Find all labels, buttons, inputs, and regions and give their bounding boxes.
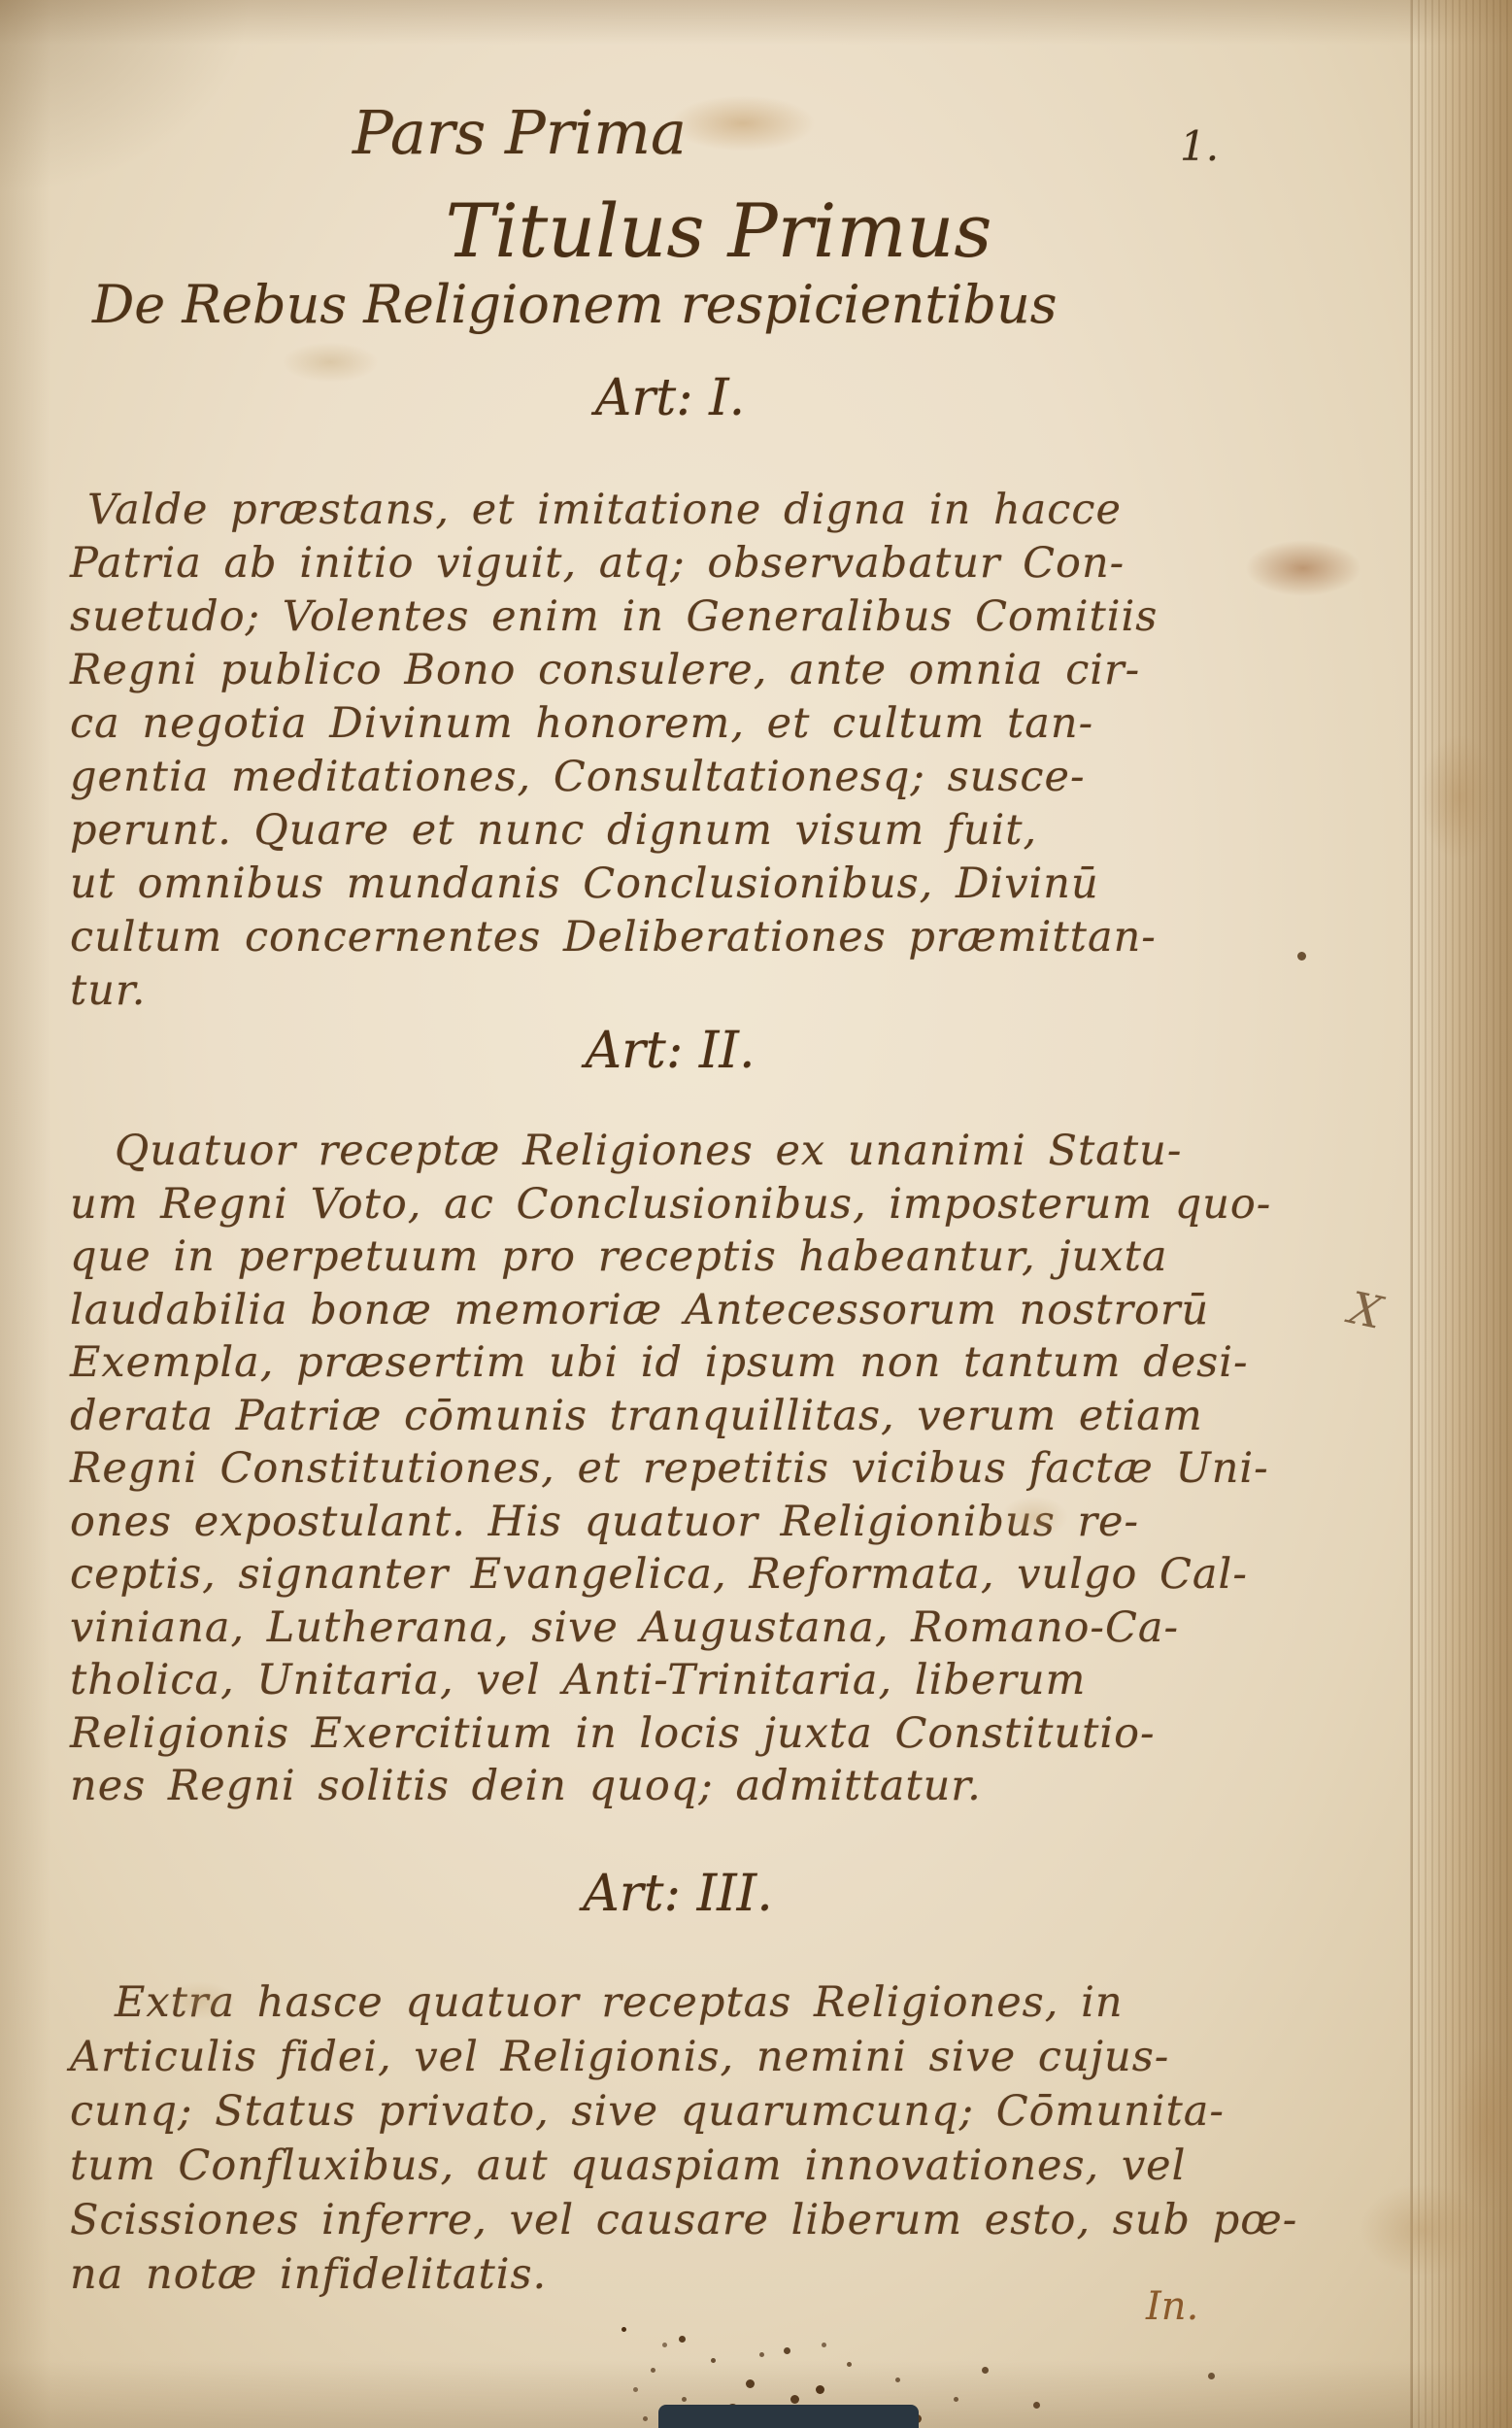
manuscript-line: tum Confluxibus, aut quaspiam innovation… (70, 2139, 1420, 2193)
manuscript-line: ca negotia Divinum honorem, et cultum ta… (70, 697, 1420, 751)
book-fore-edge (1411, 0, 1512, 2428)
manuscript-line: suetudo; Volentes enim in Generalibus Co… (70, 590, 1420, 644)
manuscript-line: ut omnibus mundanis Conclusionibus, Divi… (70, 858, 1420, 911)
page-edge-left (0, 0, 50, 2428)
manuscript-line: ceptis, signanter Evangelica, Reformata,… (70, 1548, 1420, 1602)
article-3-heading: Art: III. (464, 1865, 891, 1923)
titulus-heading: Titulus Primus (408, 187, 1029, 274)
manuscript-line: Regni Constitutiones, et repetitis vicib… (70, 1442, 1420, 1496)
manuscript-line: Quatuor receptæ Religiones ex unanimi St… (70, 1125, 1420, 1178)
catchword: In. (1146, 2284, 1198, 2329)
manuscript-line: Regni publico Bono consulere, ante omnia… (70, 644, 1420, 697)
article-1-heading: Art: I. (456, 369, 884, 427)
manuscript-line: na notæ infidelitatis. (70, 2247, 1420, 2302)
article-1-body: Valde præstans, et imitatione digna in h… (70, 484, 1420, 1018)
manuscript-line: Extra hasce quatuor receptas Religiones,… (70, 1975, 1420, 2030)
manuscript-line: que in perpetuum pro receptis habeantur,… (70, 1231, 1420, 1284)
paper-stain (1453, 2040, 1512, 2214)
manuscript-line: nes Regni solitis dein quoq; admittatur. (70, 1760, 1420, 1813)
article-2-heading: Art: II. (456, 1022, 884, 1080)
chapter-subheading: De Rebus Religionem respicientibus (92, 274, 1057, 335)
manuscript-line: tholica, Unitaria, vel Anti-Trinitaria, … (70, 1654, 1420, 1707)
manuscript-line: Scissiones inferre, vel causare liberum … (70, 2193, 1420, 2247)
manuscript-line: Articulis fidei, vel Religionis, nemini … (70, 2030, 1420, 2084)
paper-stain (1420, 734, 1497, 860)
manuscript-line: Exempla, præsertim ubi id ipsum non tant… (70, 1336, 1420, 1390)
page-edge-top (0, 0, 1512, 45)
paper-stain (282, 342, 379, 383)
manuscript-line: cultum concernentes Deliberationes præmi… (70, 911, 1420, 964)
article-3-body: Extra hasce quatuor receptas Religiones,… (70, 1975, 1420, 2302)
manuscript-line: derata Patriæ cōmunis tranquillitas, ver… (70, 1390, 1420, 1443)
page-corner-shadow (0, 0, 252, 194)
manuscript-line: gentia meditationes, Consultationesq; su… (70, 751, 1420, 804)
manuscript-line: perunt. Quare et nunc dignum visum fuit, (70, 804, 1420, 858)
manuscript-line: tur. (70, 964, 1420, 1018)
manuscript-line: viniana, Lutherana, sive Augustana, Roma… (70, 1602, 1420, 1655)
manuscript-line: Patria ab initio viguit, atq; observabat… (70, 537, 1420, 590)
ink-spatter-cluster (622, 2327, 626, 2332)
manuscript-line: Religionis Exercitium in locis juxta Con… (70, 1707, 1420, 1761)
manuscript-page: Pars Prima 1. Titulus Primus De Rebus Re… (0, 0, 1512, 2428)
article-2-body: Quatuor receptæ Religiones ex unanimi St… (70, 1125, 1420, 1813)
manuscript-line: um Regni Voto, ac Conclusionibus, impost… (70, 1178, 1420, 1231)
manuscript-line: Valde præstans, et imitatione digna in h… (70, 484, 1420, 537)
manuscript-line: cunq; Status privato, sive quarumcunq; C… (70, 2084, 1420, 2139)
page-number: 1. (1180, 122, 1219, 170)
scan-background-gap (658, 2405, 919, 2428)
manuscript-line: ones expostulant. His quatuor Religionib… (70, 1496, 1420, 1549)
manuscript-line: laudabilia bonæ memoriæ Antecessorum nos… (70, 1284, 1420, 1337)
part-heading: Pars Prima (291, 97, 748, 168)
